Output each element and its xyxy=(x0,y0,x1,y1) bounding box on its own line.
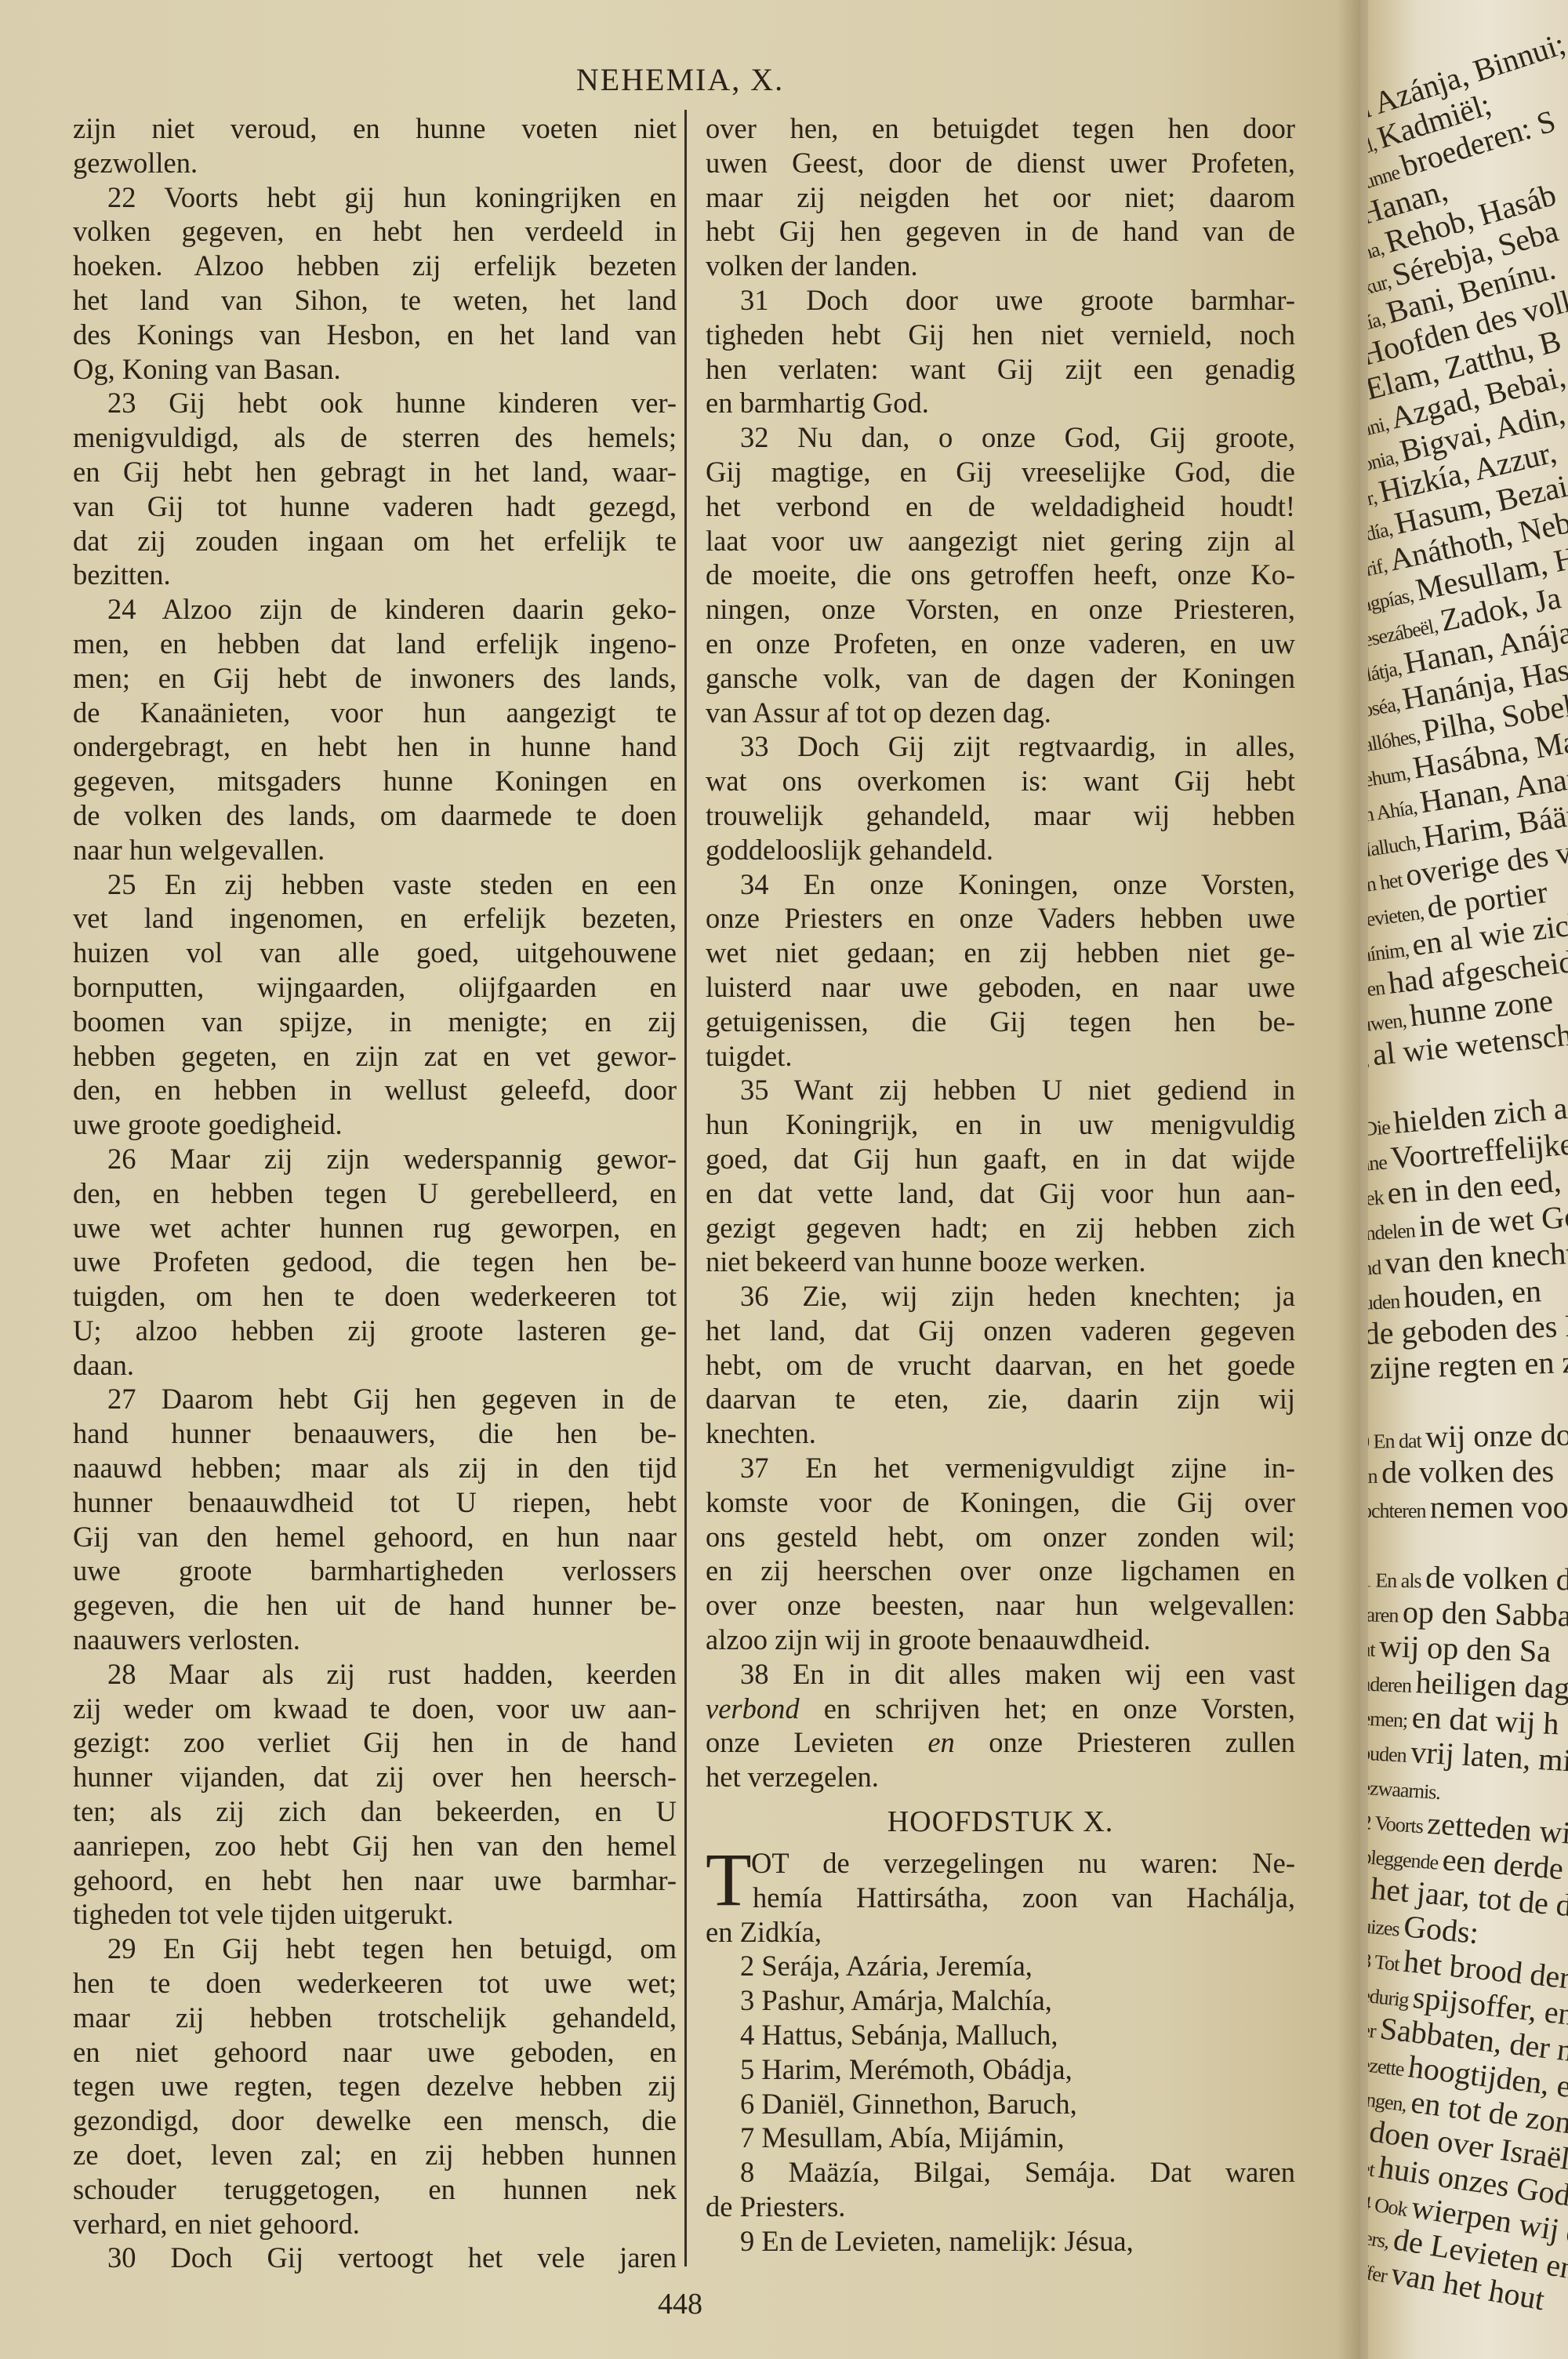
text-line: boomen van spijze, in menigte; en zij xyxy=(73,1005,677,1039)
text-line: wat ons overkomen is: want Gij hebt xyxy=(706,764,1295,798)
line-text: zijne regten en zi xyxy=(1369,1344,1568,1387)
text-line: bezitten. xyxy=(73,558,677,592)
facing-page-line xyxy=(1368,1379,1568,1421)
italic-word: en xyxy=(927,1726,954,1758)
chapter-line-3: en Zidkía, xyxy=(706,1915,1295,1950)
text-line: de volken des lands, om daarmede te doen xyxy=(73,798,677,833)
verse-8: 8 Maäzía, Bilgai, Semája. Dat waren xyxy=(706,2155,1295,2190)
line-prefix: wandelen xyxy=(1368,1219,1420,1246)
text-line: 31 Doch door uwe groote barmhar- xyxy=(706,283,1295,318)
line-text: de volken des xyxy=(1381,1453,1554,1490)
facing-page-line xyxy=(1368,1525,1568,1561)
chapter-opening: T OT de verzegelingen nu waren: Ne- hemí… xyxy=(706,1846,1295,1949)
line-prefix: hunne xyxy=(1368,1150,1392,1177)
facing-page-line: dochteren nemen voo xyxy=(1368,1490,1568,1525)
text-line: ningen, onze Vorsten, en onze Priesteren… xyxy=(706,592,1295,627)
text-line: men; en Gij hebt de inwoners des lands, xyxy=(73,661,677,696)
text-line: hebt, om de vrucht daarvan, en het goede xyxy=(706,1348,1295,1383)
text-line: hebt Gij hen gegeven in de hand van de xyxy=(706,214,1295,249)
text-line: gansche volk, van de dagen der Koningen xyxy=(706,661,1295,696)
text-line: luisterd naar uwe geboden, en naar uwe xyxy=(706,970,1295,1005)
facing-page-text: zn van Azánja, Binnui;Hénadad, Kadmiël;1… xyxy=(1368,110,1568,2284)
running-head: NEHEMIA, X. xyxy=(0,61,1360,98)
text-line: tegen uwe regten, tegen dezelve hebben z… xyxy=(73,2069,677,2103)
text-line: 38 En in dit alles maken wij een vast xyxy=(706,1657,1295,1692)
text-line: alzoo zijn wij in groote benaauwdheid. xyxy=(706,1623,1295,1657)
verse-8-continued: de Priesters. xyxy=(706,2190,1295,2224)
text-line: goed, dat Gij hun gaaft, en in dat wijde xyxy=(706,1142,1295,1176)
text-line: 26 Maar zij zijn wederspannig gewor- xyxy=(73,1142,677,1176)
line-prefix: landen xyxy=(1368,976,1390,1005)
text-line: over onze beesten, naar hun welgevallen: xyxy=(706,1588,1295,1623)
text-line: uwe Profeten gedood, die tegen hen be- xyxy=(73,1245,677,1279)
line-prefix: vloek xyxy=(1368,1186,1388,1212)
line-prefix: hand xyxy=(1368,1256,1386,1281)
page-number: 448 xyxy=(0,2287,1360,2321)
text-line: 30 Doch Gij vertoogt het vele jaren xyxy=(73,2241,677,2275)
text-line: maar zij neigden het oor niet; daarom xyxy=(706,180,1295,215)
line-prefix: 31 En als xyxy=(1368,1568,1425,1592)
line-prefix: anderen xyxy=(1368,1672,1416,1697)
text-line: 27 Daarom hebt Gij hen gegeven in de xyxy=(73,1382,677,1416)
text-line: zij weder om kwaad te doen, voor uw aan- xyxy=(73,1692,677,1726)
text-line: gezigt: zoo verliet Gij hen in de hand xyxy=(73,1725,677,1760)
text-line: en zij heerschen over onze ligchamen en xyxy=(706,1554,1295,1588)
line-prefix: huizes xyxy=(1368,1914,1405,1941)
text-line: daan. xyxy=(73,1348,677,1383)
text-line: naar hun welgevallen. xyxy=(73,833,677,867)
line-prefix: zouden xyxy=(1368,1741,1411,1767)
column-rule xyxy=(684,110,687,2266)
verse-38-line-4: het verzegelen. xyxy=(706,1760,1295,1794)
right-column-verses: over hen, en betuigdet tegen hen dooruwe… xyxy=(706,111,1295,1692)
line-prefix: zouden xyxy=(1368,1289,1404,1314)
line-prefix: dochteren xyxy=(1368,1499,1430,1522)
line-prefix: opleggende xyxy=(1368,1845,1443,1874)
text-line: ons gesteld hebt, om onzer zonden wil; xyxy=(706,1520,1295,1554)
text-line: hen verlaten: want Gij zijt een genadig xyxy=(706,352,1295,387)
text-line: maar zij hebben trotschelijk gehandeld, xyxy=(73,2001,677,2035)
text-line: hoeken. Alzoo hebben zij erfelijk bezete… xyxy=(73,249,677,283)
text-line: 23 Gij hebt ook hunne kinderen ver- xyxy=(73,386,677,420)
line-prefix: 32 Voorts xyxy=(1368,1810,1428,1838)
text-line: knechten. xyxy=(706,1416,1295,1451)
line-prefix: dingen, xyxy=(1368,2086,1412,2117)
line-prefix: waren xyxy=(1368,1603,1403,1627)
text-line: over hen, en betuigdet tegen hen door xyxy=(706,111,1295,146)
text-line: ondergebragt, en hebt hen in hunne hand xyxy=(73,729,677,764)
name-list-item: 2 Serája, Azária, Jeremía, xyxy=(706,1949,1295,1983)
text-line: en onze Profeten, en onze vaderen, en uw xyxy=(706,627,1295,661)
text-line: Og, Koning van Basan. xyxy=(73,352,677,387)
line-prefix: bezwaarnis. xyxy=(1368,1776,1441,1804)
text-line: 37 En het vermenigvuldigt zijne in- xyxy=(706,1451,1295,1485)
line-text: de volken des lan xyxy=(1425,1559,1568,1598)
text-line: en niet gehoord naar uwe geboden, en xyxy=(73,2035,677,2070)
text-line: en barmhartig God. xyxy=(706,386,1295,420)
text-line: 29 En Gij hebt tegen hen betuigd, om xyxy=(73,1932,677,1966)
text-line: ten; als zij zich dan bekeerden, en U xyxy=(73,1794,677,1829)
text-line: gezwollen. xyxy=(73,146,677,180)
right-column: over hen, en betuigdet tegen hen dooruwe… xyxy=(706,111,1295,2259)
text-line: wet niet gedaan; en zij hebben niet ge- xyxy=(706,936,1295,970)
text-line: den, en hebben in wellust geleefd, door xyxy=(73,1073,677,1107)
text-line: 24 Alzoo zijn de kinderen daarin geko- xyxy=(73,592,677,627)
text-line: den, en hebben tegen U gerebelleerd, en xyxy=(73,1176,677,1211)
text-line: goddelooslijk gehandeld. xyxy=(706,833,1295,867)
name-list: 2 Serája, Azária, Jeremía,3 Pashur, Amár… xyxy=(706,1949,1295,2155)
text-line: niet bekeerd van hunne booze werken. xyxy=(706,1245,1295,1279)
text-line: getuigenissen, die Gij tegen hen be- xyxy=(706,1005,1295,1039)
text: onze Priesteren zullen xyxy=(955,1726,1295,1758)
name-list-item: 5 Harim, Merémoth, Obádja, xyxy=(706,2052,1295,2087)
text-line: daarvan te eten, zie, daarin zijn wij xyxy=(706,1382,1295,1416)
text-line: volken gegeven, en hebt hen verdeeld in xyxy=(73,214,677,249)
text-line: menigvuldigd, als de sterren des hemels; xyxy=(73,420,677,455)
name-list-item: 7 Mesullam, Abía, Mijámin, xyxy=(706,2121,1295,2155)
chapter-line-1: OT de verzegelingen nu waren: Ne- xyxy=(706,1846,1295,1881)
text-line: 32 Nu dan, o onze God, Gij groote, xyxy=(706,420,1295,455)
text-line: tigheden tot vele tijden uitgerukt. xyxy=(73,1897,677,1932)
text-line: zijn niet veroud, en hunne voeten niet xyxy=(73,111,677,146)
text-line: hand hunner benaauwers, die hen be- xyxy=(73,1416,677,1451)
text-line: men, en hebben dat land erfelijk ingeno- xyxy=(73,627,677,661)
verse-9: 9 En de Levieten, namelijk: Jésua, xyxy=(706,2224,1295,2259)
text-line: laat voor uw aangezigt niet gering zijn … xyxy=(706,524,1295,558)
text-line: gegeven, mitsgaders hunne Koningen en xyxy=(73,764,677,798)
line-prefix: gezette xyxy=(1368,2052,1410,2081)
text-line: Gij van den hemel gehoord, en hun naar xyxy=(73,1520,677,1554)
text-line: van Assur af tot op dezen dag. xyxy=(706,696,1295,730)
verse-38-line-2: verbond en schrijven het; en onze Vorste… xyxy=(706,1692,1295,1726)
line-text: houden, en xyxy=(1403,1273,1541,1314)
verse-38-line-3: onze Levieten en onze Priesteren zullen xyxy=(706,1725,1295,1760)
text-line: ze doet, leven zal; en zij hebben hunnen xyxy=(73,2138,677,2172)
text-line: des Konings van Hesbon, en het land van xyxy=(73,318,677,352)
text-line: huizen vol van alle goed, uitgehouwene xyxy=(73,936,677,970)
text: en schrijven het; en onze Vorsten, xyxy=(800,1692,1295,1725)
text-line: trouwelijk gehandeld, maar wij hebben xyxy=(706,798,1295,833)
text-line: gehoord, en hebt hen naar uwe barmhar- xyxy=(73,1863,677,1898)
text-line: het verbond en de weldadigheid houdt! xyxy=(706,489,1295,524)
line-text: wij op den Sa xyxy=(1379,1628,1552,1669)
text-line: verhard, en niet gehoord. xyxy=(73,2207,677,2241)
left-page: NEHEMIA, X. zijn niet veroud, en hunne v… xyxy=(0,0,1360,2359)
chapter-heading: HOOFDSTUK X. xyxy=(706,1805,1295,1843)
text-line: uwe wet achter hunnen rug geworpen, en xyxy=(73,1211,677,1245)
facing-page-line: 30 En dat wij onze dochter xyxy=(1368,1416,1568,1456)
text-line: gezigt gegeven hadt; en zij hebben zich xyxy=(706,1211,1295,1245)
text-line: 28 Maar als zij rust hadden, keerden xyxy=(73,1657,677,1692)
line-prefix: 30 En dat xyxy=(1368,1429,1425,1453)
text-line: hen te doen wederkeeren tot uwe wet; xyxy=(73,1966,677,2001)
text: onze Levieten xyxy=(706,1726,927,1758)
text-line: tigheden hebt Gij hen niet vernield, noc… xyxy=(706,318,1295,352)
line-text: op den Sabbatdag xyxy=(1402,1594,1568,1635)
text-line: hun Koningrijk, en in uw menigvuldig xyxy=(706,1107,1295,1142)
text-line: dat zij zouden ingaan om het erfelijk te xyxy=(73,524,677,558)
text-line: hebben gegeten, en zijn zat en vet gewor… xyxy=(73,1039,677,1074)
text-line: en Gij hebt hen gebragt in het land, waa… xyxy=(73,455,677,489)
chapter-line-2: hemía Hattirsátha, zoon van Hachálja, xyxy=(706,1881,1295,1915)
text-line: schouder teruggetogen, en hunnen nek xyxy=(73,2172,677,2207)
text-line: tuigden, om hen te doen wederkeeren tot xyxy=(73,1279,677,1314)
text-line: uwe groote goedigheid. xyxy=(73,1107,677,1142)
text-line: gezondigd, door dewelke een mensch, die xyxy=(73,2103,677,2138)
line-prefix: gedurig xyxy=(1368,1983,1414,2012)
text-line: het land, dat Gij onzen vaderen gegeven xyxy=(706,1314,1295,1348)
text-line: onze Priesters en onze Vaders hebben uwe xyxy=(706,901,1295,936)
text-line: de moeite, die ons getroffen heeft, onze… xyxy=(706,558,1295,592)
text-line: 36 Zie, wij zijn heden knechten; ja xyxy=(706,1279,1295,1314)
text-line: tuigdet. xyxy=(706,1039,1295,1074)
facing-page-line: 31 En als de volken des lan xyxy=(1368,1559,1568,1598)
text-line: naauwd hebben; maar als zij in den tijd xyxy=(73,1451,677,1485)
name-list-item: 4 Hattus, Sebánja, Malluch, xyxy=(706,2018,1295,2052)
text-line: volken der landen. xyxy=(706,249,1295,283)
line-text: wij onze dochter xyxy=(1425,1416,1568,1454)
text-line: aanriepen, zoo hebt Gij hen van den heme… xyxy=(73,1829,677,1863)
text-line: hunner vijanden, dat zij over hen heersc… xyxy=(73,1760,677,1794)
text-line: het land van Sihon, te weten, het land xyxy=(73,283,677,318)
line-prefix: nemen; xyxy=(1368,1707,1412,1732)
line-prefix: aan xyxy=(1368,1465,1381,1488)
text-line: 22 Voorts hebt gij hun koningrijken en xyxy=(73,180,677,215)
text-line: Gij magtige, en Gij vreeselijke God, die xyxy=(706,455,1295,489)
line-prefix: 29 Die xyxy=(1368,1115,1395,1143)
name-list-item: 6 Daniël, Ginnethon, Baruch, xyxy=(706,2087,1295,2121)
text-line: vet land ingenomen, en erfelijk bezeten, xyxy=(73,901,677,936)
line-prefix: sters, xyxy=(1368,2224,1396,2253)
line-prefix: 34 Ook xyxy=(1368,2190,1413,2222)
text-line: naauwers verlosten. xyxy=(73,1623,677,1657)
text-line: 34 En onze Koningen, onze Vorsten, xyxy=(706,867,1295,902)
text-line: 25 En zij hebben vaste steden en een xyxy=(73,867,677,902)
line-prefix: dat xyxy=(1368,1637,1380,1661)
text-line: bornputten, wijngaarden, olijfgaarden en xyxy=(73,970,677,1005)
facing-page-fragment: zn van Azánja, Binnui;Hénadad, Kadmiël;1… xyxy=(1368,0,1568,2359)
text-line: hunner benaauwdheid tot U riepen, hebt xyxy=(73,1485,677,1520)
text-line: uwe groote barmhartigheden verlossers xyxy=(73,1554,677,1588)
text-line: gegeven, die hen uit de hand hunner be- xyxy=(73,1588,677,1623)
text-line: de Kanaänieten, voor hun aangezigt te xyxy=(73,696,677,730)
facing-page-line: aan de volken des xyxy=(1368,1453,1568,1490)
text-line: uwen Geest, door de dienst uwer Profeten… xyxy=(706,146,1295,180)
text-line: en dat vette land, dat Gij voor hun aan- xyxy=(706,1176,1295,1211)
line-text: nemen voo xyxy=(1430,1489,1568,1525)
name-list-item: 3 Pashur, Amárja, Malchía, xyxy=(706,1983,1295,2018)
line-prefix: 33 Tot xyxy=(1368,1948,1405,1976)
text-line: 33 Doch Gij zijt regtvaardig, in alles, xyxy=(706,729,1295,764)
left-column: zijn niet veroud, en hunne voeten nietge… xyxy=(73,111,677,2275)
text-line: U; alzoo hebben zij groote lasteren ge- xyxy=(73,1314,677,1348)
drop-cap: T xyxy=(706,1845,752,1915)
italic-word: verbond xyxy=(706,1692,800,1725)
text-line: komste voor de Koningen, die Gij over xyxy=(706,1485,1295,1520)
text-line: van Gij tot hunne vaderen hadt gezegd, xyxy=(73,489,677,524)
text-line: 35 Want zij hebben U niet gediend in xyxy=(706,1073,1295,1107)
